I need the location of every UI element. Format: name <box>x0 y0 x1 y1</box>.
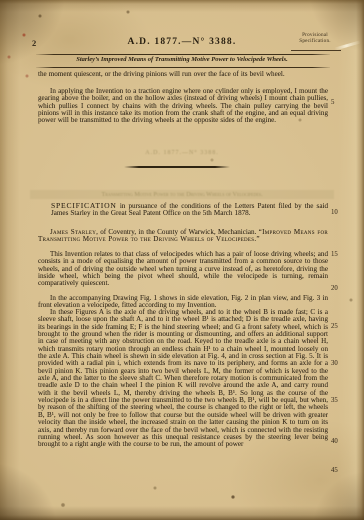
provisional-label-rule <box>291 50 341 51</box>
margin-line-number-5: 5 <box>331 99 349 106</box>
margin-line-number-30: 30 <box>331 360 349 367</box>
provisional-specification-label: Provisional Specification. <box>282 33 348 45</box>
show-through-text-title: Transmitting Motive Power to the Driving… <box>30 190 334 199</box>
paragraph-invention-relates: This Invention relates to that class of … <box>38 251 328 288</box>
margin-line-number-20: 20 <box>331 285 349 292</box>
margin-line-number-15: 15 <box>331 251 349 258</box>
section-divider-rule <box>124 166 230 168</box>
scanned-patent-page: 2 A.D. 1877.—N° 3388. Provisional Specif… <box>0 0 364 520</box>
provisional-label-line2: Specification. <box>282 39 348 45</box>
paragraph-traction-engine: In applying the Invention to a traction … <box>38 88 328 125</box>
paragraph-specification-opening: SPECIFICATION in pursuance of the condit… <box>38 202 328 218</box>
paragraph-author-and-title: James Starley, of Coventry, in the Count… <box>38 229 328 244</box>
running-head: Starley’s Improved Means of Transmitting… <box>0 56 364 63</box>
header-rule-top <box>36 54 330 55</box>
margin-line-number-45: 45 <box>331 467 349 474</box>
margin-line-number-40: 40 <box>331 438 349 445</box>
paragraph-continuation: the moment quiescent, or the driving pin… <box>38 71 328 78</box>
paragraph-figures-description: In these Figures A is the axle of the dr… <box>38 309 328 449</box>
margin-line-number-10: 10 <box>331 209 349 216</box>
margin-line-number-35: 35 <box>331 397 349 404</box>
show-through-text-header: A.D. 1877.—N° 3388. <box>0 150 364 156</box>
header-rule-bottom <box>36 67 330 68</box>
margin-line-number-25: 25 <box>331 323 349 330</box>
